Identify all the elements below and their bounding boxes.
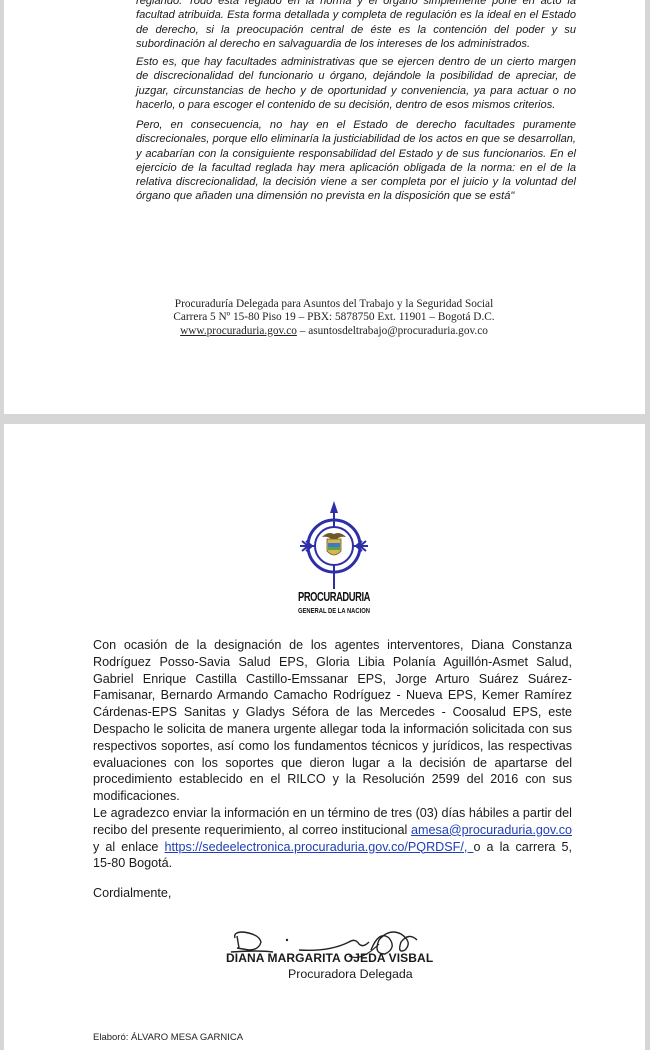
footer-contact-line: www.procuraduria.gov.co – asuntosdeltrab… — [104, 325, 564, 338]
quote-paragraph-1: reglando. Todo está reglado en la norma … — [136, 0, 576, 51]
institutional-email-link[interactable]: amesa@procuraduria.gov.co — [411, 823, 572, 837]
deadline-paragraph: Le agradezco enviar la información en un… — [93, 805, 572, 872]
deadline-text-2: y al enlace — [93, 840, 164, 854]
procuraduria-logo: PROCURADURIA GENERAL DE LA NACION — [294, 501, 374, 621]
signer-name: DIANA MARGARITA OJEDA VISBAL — [226, 951, 433, 965]
footer-address-line: Carrera 5 Nº 15-80 Piso 19 – PBX: 587875… — [104, 311, 564, 324]
request-paragraph: Con ocasión de la designación de los age… — [93, 637, 572, 805]
signer-role: Procuradora Delegada — [288, 967, 413, 981]
closing-salutation: Cordialmente, — [93, 885, 572, 902]
prepared-by: Elaboró: ÁLVARO MESA GARNICA — [93, 1032, 243, 1043]
logo-subtitle: GENERAL DE LA NACION — [298, 606, 370, 615]
footer-email: asuntosdeltrabajo@procuraduria.gov.co — [308, 325, 488, 337]
sede-electronica-link[interactable]: https://sedeelectronica.procuraduria.gov… — [164, 840, 473, 854]
footer-office-line: Procuraduría Delegada para Asuntos del T… — [104, 298, 564, 311]
logo-title: PROCURADURIA — [298, 589, 371, 604]
quote-paragraph-2: Esto es, que hay facultades administrati… — [136, 55, 576, 112]
document-page-2: PROCURADURIA GENERAL DE LA NACION Con oc… — [4, 424, 645, 1050]
footer-website-link[interactable]: www.procuraduria.gov.co — [180, 325, 297, 337]
footer-separator: – — [297, 325, 308, 337]
procuraduria-emblem-icon: PROCURADURIA GENERAL DE LA NACION — [294, 501, 374, 621]
page-footer: Procuraduría Delegada para Asuntos del T… — [104, 298, 564, 338]
quote-paragraph-3: Pero, en consecuencia, no hay en el Esta… — [136, 118, 576, 204]
document-page-1: reglando. Todo está reglado en la norma … — [4, 0, 645, 414]
